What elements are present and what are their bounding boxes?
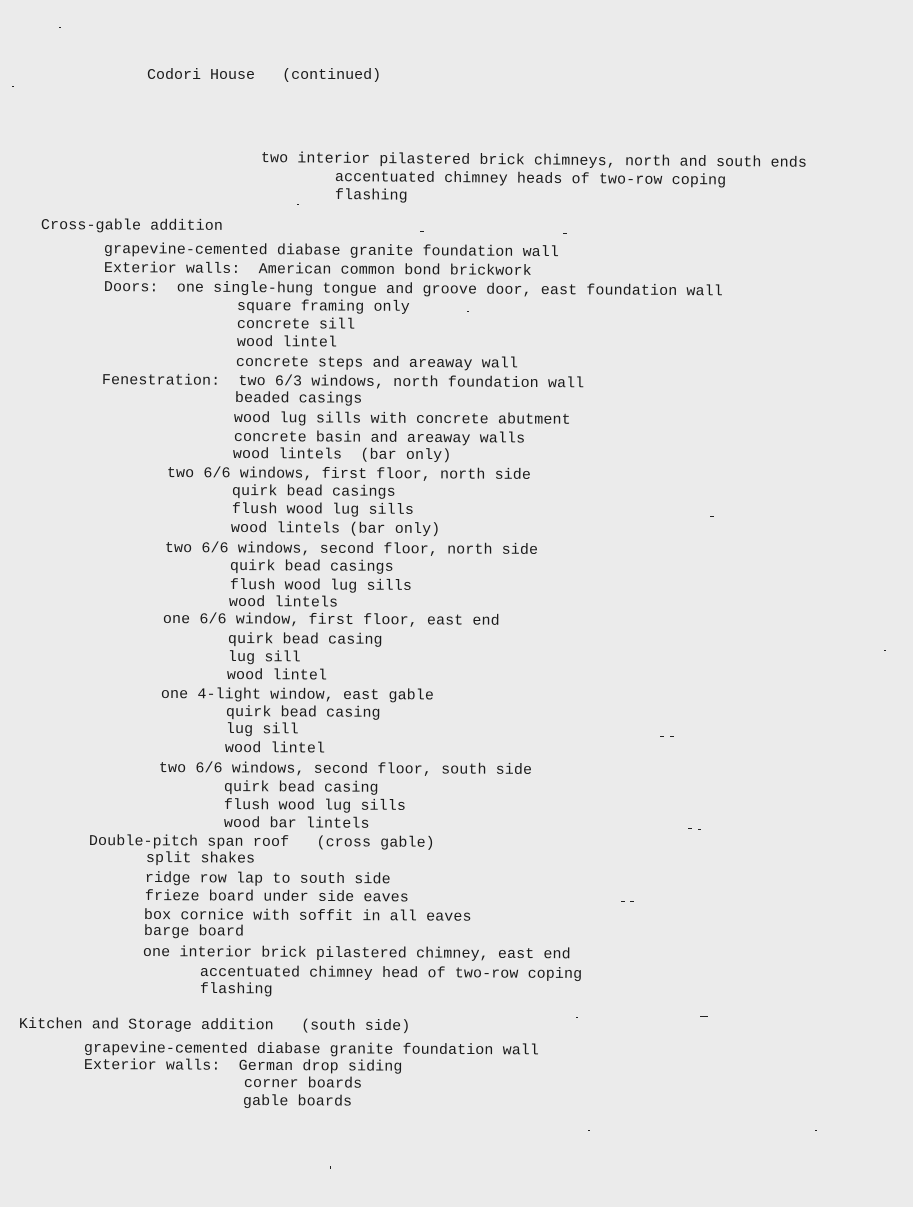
- document-line: concrete sill: [237, 316, 355, 335]
- document-line: lug sill: [228, 649, 301, 667]
- document-line: wood lintel: [227, 667, 327, 686]
- scan-speck: [710, 516, 714, 517]
- document-line: Cross-gable addition: [41, 217, 223, 236]
- scan-speck: [660, 736, 664, 737]
- scan-speck: [588, 1130, 590, 1131]
- document-line: wood lintels: [229, 594, 338, 613]
- document-line: Exterior walls: American common bond bri…: [104, 260, 532, 281]
- document-line: beaded casings: [235, 390, 363, 409]
- document-line: concrete steps and areaway wall: [236, 354, 518, 373]
- scan-speck: [700, 1016, 708, 1017]
- document-line: one interior brick pilastered chimney, e…: [143, 944, 571, 964]
- document-line: Exterior walls: German drop siding: [84, 1057, 403, 1077]
- document-line: wood bar lintels: [224, 815, 370, 834]
- document-line: two 6/6 windows, first floor, north side: [167, 465, 531, 485]
- document-line: quirk bead casings: [230, 558, 394, 577]
- document-line: wood lug sills with concrete abutment: [234, 410, 571, 430]
- scan-speck: [330, 1166, 331, 1169]
- scan-speck: [815, 1130, 817, 1131]
- document-line: flashing: [200, 981, 273, 999]
- page-header: Codori House (continued): [129, 50, 381, 84]
- document-line: Kitchen and Storage addition (south side…: [19, 1016, 410, 1036]
- document-line: frieze board under side eaves: [145, 888, 409, 907]
- document-line: one 6/6 window, first floor, east end: [163, 611, 500, 631]
- document-line: Doors: one single-hung tongue and groove…: [104, 279, 723, 301]
- document-line: quirk bead casing: [224, 779, 379, 798]
- scan-speck: [576, 1017, 578, 1018]
- document-line: barge board: [144, 923, 244, 942]
- document-line: quirk bead casing: [226, 704, 381, 723]
- scan-speck: [12, 86, 14, 87]
- scan-speck: [688, 828, 692, 829]
- document-line: corner boards: [244, 1075, 362, 1094]
- scan-speck: [698, 829, 701, 830]
- document-subtitle: (continued): [282, 67, 381, 84]
- scan-speck: [630, 901, 634, 902]
- document-line: wood lintel: [225, 740, 325, 759]
- document-line: square framing only: [237, 298, 410, 317]
- scan-speck: [621, 901, 625, 902]
- document-line: quirk bead casing: [228, 631, 383, 650]
- document-line: gable boards: [243, 1093, 352, 1112]
- document-title: Codori House: [147, 67, 255, 84]
- scan-speck: [297, 204, 299, 205]
- document-line: ridge row lap to south side: [145, 870, 391, 889]
- scan-speck: [563, 233, 567, 234]
- document-line: flush wood lug sills: [224, 797, 406, 816]
- document-line: wood lintels (bar only): [231, 520, 440, 539]
- document-line: quirk bead casings: [232, 483, 396, 502]
- document-line: wood lintels (bar only): [233, 446, 452, 465]
- document-line: Double-pitch span roof (cross gable): [89, 833, 435, 853]
- scan-speck: [420, 231, 424, 232]
- document-line: split shakes: [146, 850, 255, 869]
- document-line: two 6/6 windows, second floor, north sid…: [165, 540, 538, 560]
- document-line: wood lintel: [237, 334, 337, 353]
- document-line: grapevine-cemented diabase granite found…: [104, 241, 559, 262]
- document-line: flush wood lug sills: [230, 577, 412, 596]
- scan-speck: [884, 650, 886, 651]
- scan-speck: [670, 736, 674, 737]
- document-line: flashing: [335, 187, 408, 206]
- document-line: two 6/6 windows, second floor, south sid…: [159, 760, 532, 780]
- document-line: lug sill: [226, 721, 299, 739]
- scan-speck: [59, 27, 61, 28]
- scan-speck: [467, 311, 469, 312]
- document-line: one 4-light window, east gable: [161, 686, 434, 705]
- document-line: flush wood lug sills: [232, 501, 414, 520]
